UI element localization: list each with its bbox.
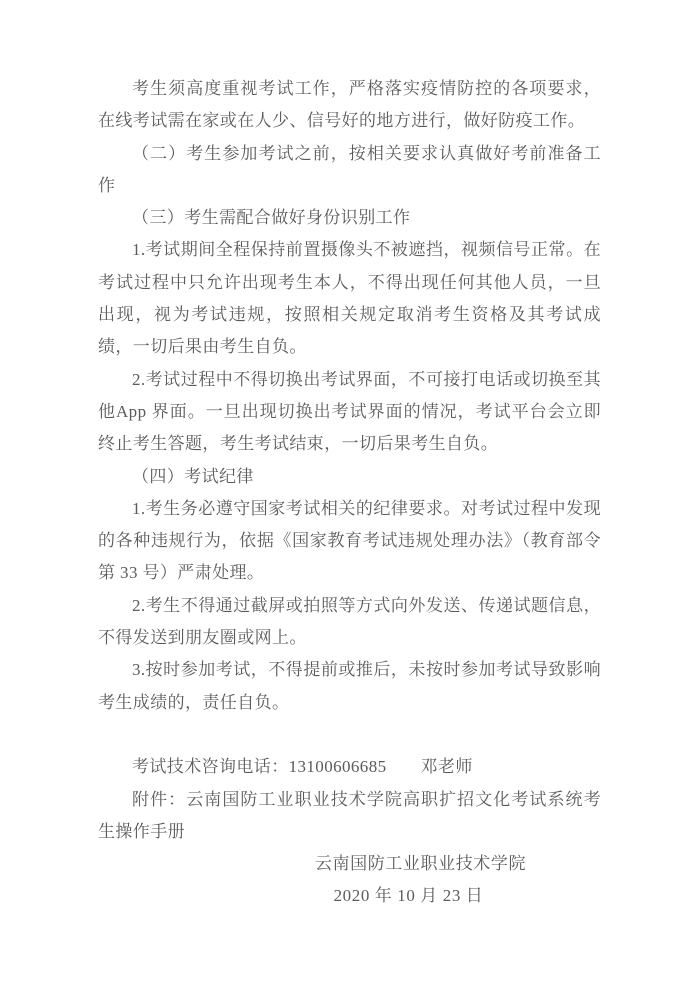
paragraph-epidemic-requirements: 考生须高度重视考试工作，严格落实疫情防控的各项要求，在线考试需在家或在人少、信号… bbox=[98, 73, 601, 138]
blank-line-spacer bbox=[98, 719, 601, 751]
paragraph-discipline-rule-1: 1.考生务必遵守国家考试相关的纪律要求。对考试过程中发现的各种违规行为，依据《国… bbox=[98, 493, 601, 590]
document-page: 考生须高度重视考试工作，严格落实疫情防控的各项要求，在线考试需在家或在人少、信号… bbox=[0, 0, 700, 989]
paragraph-section-3-heading: （三）考生需配合做好身份识别工作 bbox=[98, 202, 601, 234]
signature-line: 云南国防工业职业技术学院 bbox=[240, 848, 601, 880]
contact-line: 考试技术咨询电话：13100606685邓老师 bbox=[98, 751, 601, 783]
paragraph-section-4-heading: （四）考试纪律 bbox=[98, 461, 601, 493]
date-line: 2020 年 10 月 23 日 bbox=[216, 880, 601, 912]
contact-phone-number: 13100606685 bbox=[289, 757, 387, 776]
paragraph-app-switch-rule: 2.考试过程中不得切换出考试界面，不可接打电话或切换至其他App 界面。一旦出现… bbox=[98, 364, 601, 461]
contact-teacher-name: 邓老师 bbox=[421, 757, 473, 776]
paragraph-discipline-rule-3: 3.按时参加考试，不得提前或推后，未按时参加考试导致影响考生成绩的，责任自负。 bbox=[98, 654, 601, 719]
attachment-line: 附件：云南国防工业职业技术学院高职扩招文化考试系统考生操作手册 bbox=[98, 784, 601, 849]
paragraph-discipline-rule-2: 2.考生不得通过截屏或拍照等方式向外发送、传递试题信息，不得发送到朋友圈或网上。 bbox=[98, 590, 601, 655]
paragraph-camera-rule: 1.考试期间全程保持前置摄像头不被遮挡，视频信号正常。在考试过程中只允许出现考生… bbox=[98, 234, 601, 363]
paragraph-section-2-heading: （二）考生参加考试之前，按相关要求认真做好考前准备工作 bbox=[98, 138, 601, 203]
contact-label: 考试技术咨询电话： bbox=[132, 757, 289, 776]
